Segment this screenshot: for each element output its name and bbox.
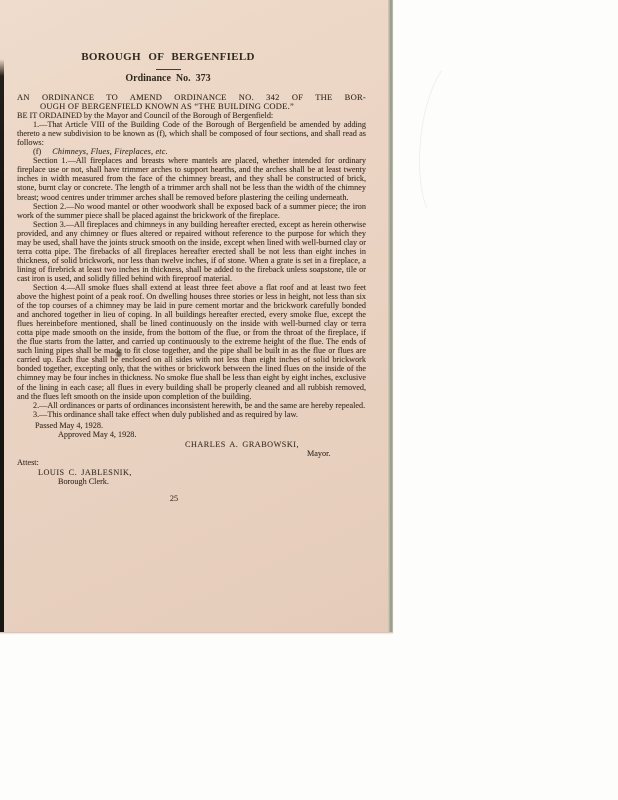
clerk-title: Borough Clerk. <box>17 477 366 486</box>
paper-crease-artifact <box>411 55 490 228</box>
scan-background: BOROUGH OF BERGENFIELD Ordinance No. 373… <box>0 0 618 800</box>
ordinance-number-heading: Ordinance No. 373 <box>0 73 336 84</box>
ordinance-text: AN ORDINANCE TO AMEND ORDINANCE NO. 342 … <box>17 93 366 503</box>
passed-date-line: Passed May 4, 1928. <box>17 421 366 430</box>
preamble-line-2: OUGH OF BERGENFIELD KNOWN AS “THE BUILDI… <box>17 102 366 111</box>
signature-block: Passed May 4, 1928. Approved May 4, 1928… <box>17 421 366 487</box>
subdivision-title: Chimneys, Flues, Fireplaces, etc. <box>52 147 168 156</box>
enacting-clause: BE IT ORDAINED by the Mayor and Council … <box>17 111 366 120</box>
masthead: BOROUGH OF BERGENFIELD Ordinance No. 373 <box>0 51 336 84</box>
page-number: 25 <box>17 494 331 503</box>
section-2-paragraph: Section 2.—No wood mantel or other woodw… <box>17 202 366 220</box>
mayor-title: Mayor. <box>17 449 366 458</box>
borough-title: BOROUGH OF BERGENFIELD <box>0 51 336 63</box>
title-rule <box>156 69 181 70</box>
mayor-name: CHARLES A. GRABOWSKI, <box>17 440 366 449</box>
document-page: BOROUGH OF BERGENFIELD Ordinance No. 373… <box>0 0 393 632</box>
book-gutter-shadow <box>0 59 4 632</box>
section-1-paragraph: Section 1.—All fireplaces and breasts wh… <box>17 156 366 201</box>
clerk-name: LOUIS C. JABLESNIK, <box>17 468 366 477</box>
repealer-paragraph: 2.—All ordinances or parts of ordinances… <box>17 401 366 410</box>
amendment-paragraph: 1.—That Article VIII of the Building Cod… <box>17 120 366 147</box>
subdivision-label: (f) <box>33 147 41 156</box>
attest-label: Attest: <box>17 458 366 467</box>
section-3-paragraph: Section 3.—All fireplaces and chimneys i… <box>17 220 366 283</box>
effective-date-paragraph: 3.—This ordinance shall take effect when… <box>17 410 366 419</box>
page-right-edge <box>388 0 393 632</box>
subdivision-heading: (f)Chimneys, Flues, Fireplaces, etc. <box>17 147 366 156</box>
approved-date-line: Approved May 4, 1928. <box>17 430 366 439</box>
section-4-paragraph: Section 4.—All smoke flues shall extend … <box>17 283 366 401</box>
